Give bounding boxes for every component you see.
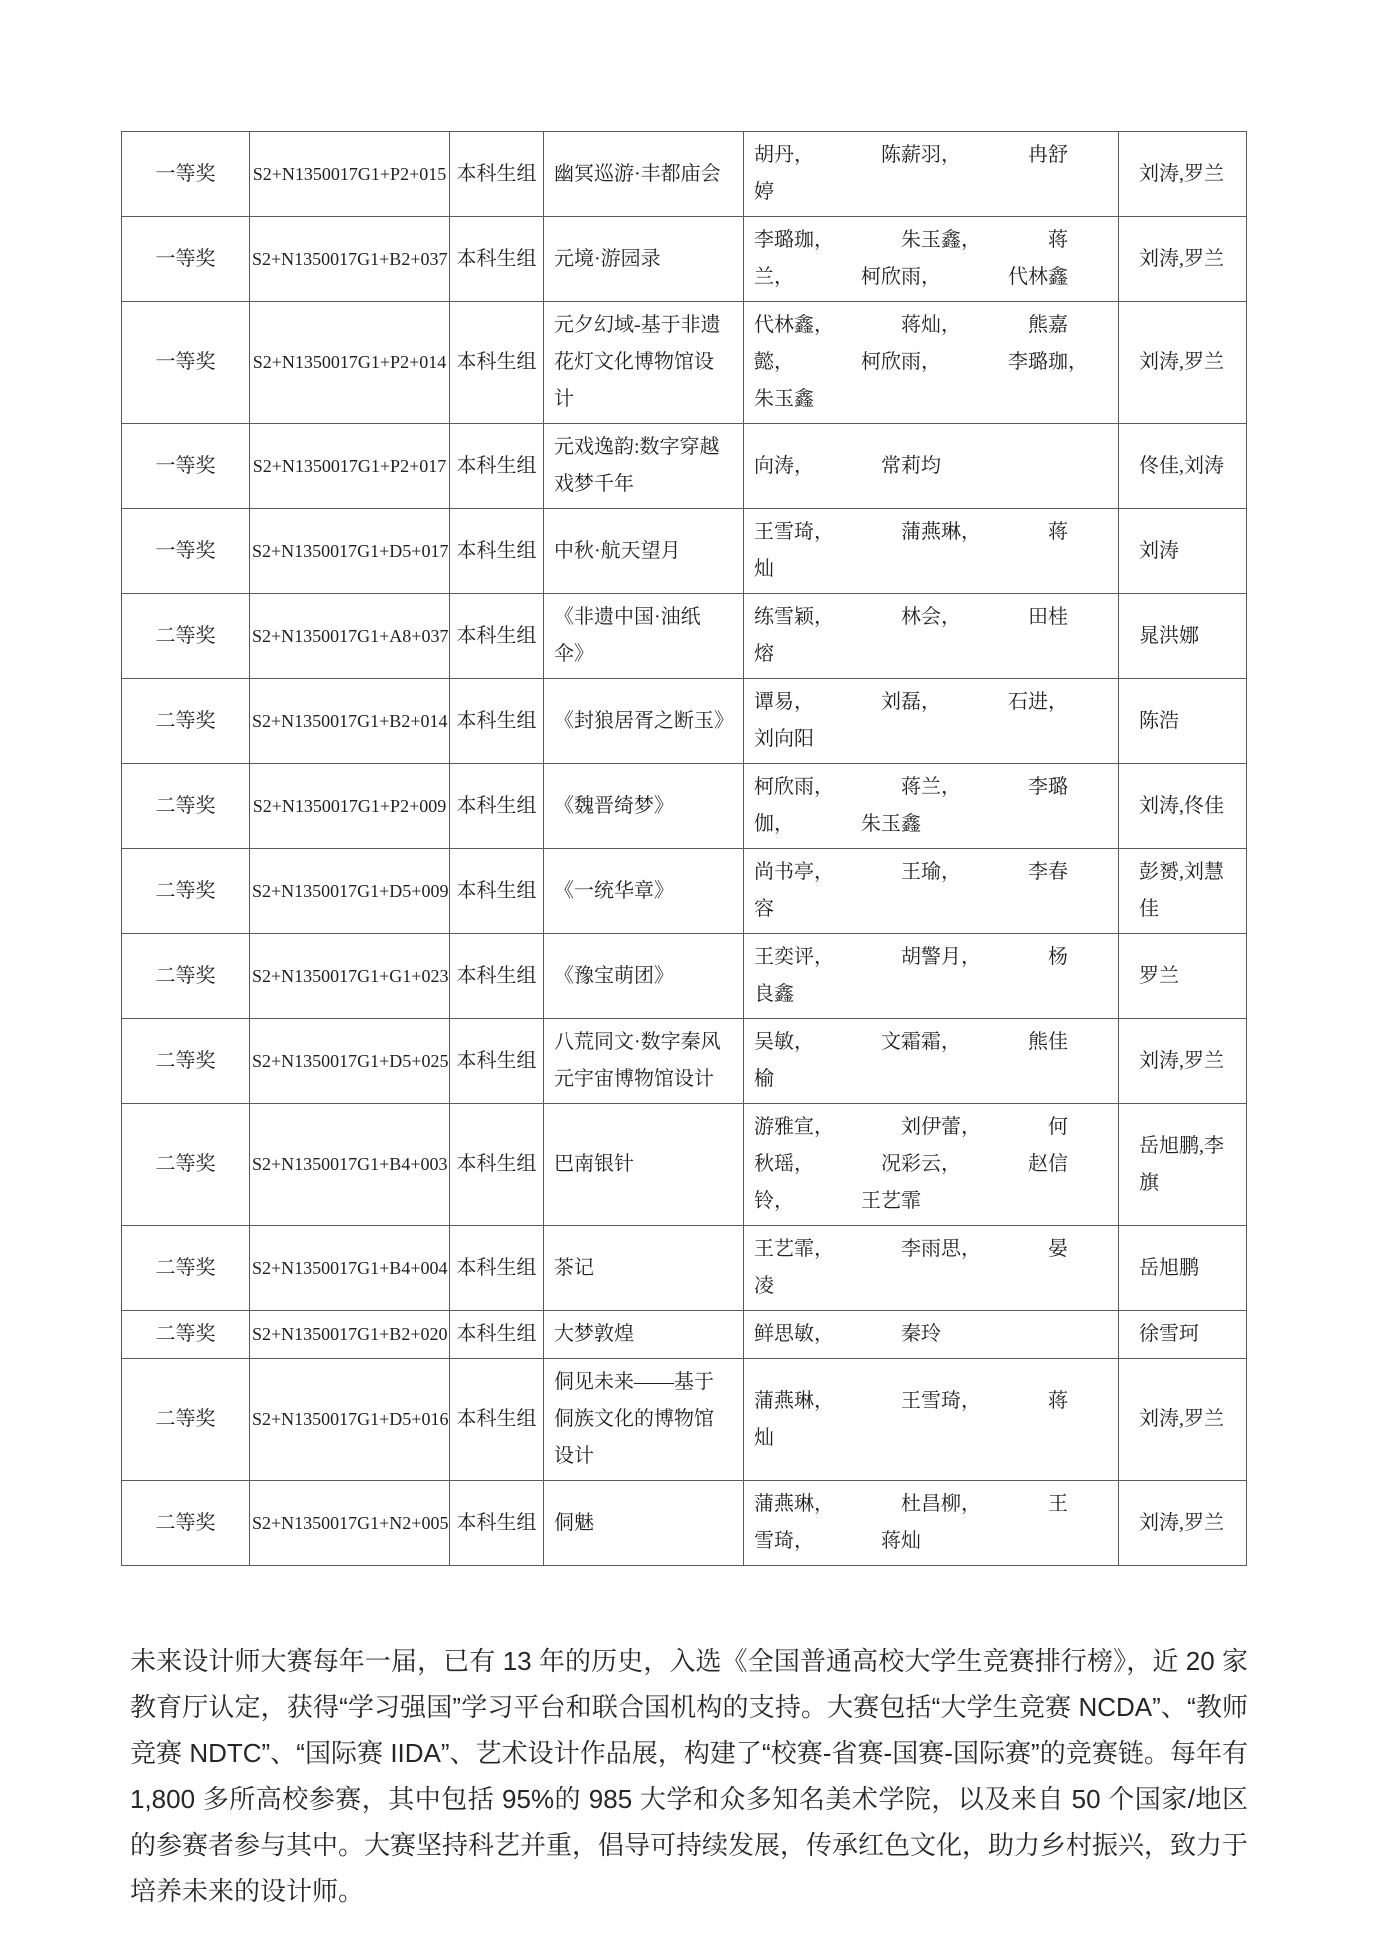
table-row: 二等奖S2+N1350017G1+P2+009本科生组《魏晋绮梦》柯欣雨， 蒋兰… — [122, 764, 1247, 849]
awards-table-body: 一等奖S2+N1350017G1+P2+015本科生组幽冥巡游·丰都庙会胡丹， … — [122, 132, 1247, 1566]
code-cell: S2+N1350017G1+A8+037 — [250, 594, 450, 679]
table-row: 二等奖S2+N1350017G1+D5+009本科生组《一统华章》尚书亭， 王瑜… — [122, 849, 1247, 934]
title-cell: 元戏逸韵:数字穿越 戏梦千年 — [544, 424, 744, 509]
title-cell: 幽冥巡游·丰都庙会 — [544, 132, 744, 217]
competition-description: 未来设计师大赛每年一届，已有 13 年的历史，入选《全国普通高校大学生竞赛排行榜… — [130, 1638, 1248, 1914]
award-cell: 二等奖 — [122, 934, 250, 1019]
advisors-cell: 彭赟,刘慧 佳 — [1119, 849, 1247, 934]
advisors-cell: 岳旭鹏 — [1119, 1226, 1247, 1311]
table-row: 二等奖S2+N1350017G1+B4+003本科生组巴南银针游雅宣， 刘伊蕾，… — [122, 1104, 1247, 1226]
title-cell: 八荒同文·数字秦风 元宇宙博物馆设计 — [544, 1019, 744, 1104]
code-cell: S2+N1350017G1+B4+004 — [250, 1226, 450, 1311]
table-row: 二等奖S2+N1350017G1+A8+037本科生组《非遗中国·油纸 伞》练雪… — [122, 594, 1247, 679]
award-cell: 一等奖 — [122, 509, 250, 594]
award-cell: 一等奖 — [122, 217, 250, 302]
title-cell: 《非遗中国·油纸 伞》 — [544, 594, 744, 679]
group-cell: 本科生组 — [450, 594, 544, 679]
group-cell: 本科生组 — [450, 934, 544, 1019]
advisors-cell: 罗兰 — [1119, 934, 1247, 1019]
award-cell: 二等奖 — [122, 1311, 250, 1359]
title-cell: 《一统华章》 — [544, 849, 744, 934]
code-cell: S2+N1350017G1+N2+005 — [250, 1481, 450, 1566]
advisors-cell: 晁洪娜 — [1119, 594, 1247, 679]
award-cell: 一等奖 — [122, 132, 250, 217]
code-cell: S2+N1350017G1+D5+025 — [250, 1019, 450, 1104]
group-cell: 本科生组 — [450, 1019, 544, 1104]
table-row: 一等奖S2+N1350017G1+P2+014本科生组元夕幻域-基于非遗 花灯文… — [122, 302, 1247, 424]
advisors-cell: 陈浩 — [1119, 679, 1247, 764]
group-cell: 本科生组 — [450, 849, 544, 934]
code-cell: S2+N1350017G1+P2+015 — [250, 132, 450, 217]
award-cell: 二等奖 — [122, 1019, 250, 1104]
table-row: 二等奖S2+N1350017G1+N2+005本科生组侗魅蒲燕琳， 杜昌柳， 王… — [122, 1481, 1247, 1566]
award-cell: 二等奖 — [122, 764, 250, 849]
group-cell: 本科生组 — [450, 764, 544, 849]
title-cell: 《魏晋绮梦》 — [544, 764, 744, 849]
code-cell: S2+N1350017G1+B4+003 — [250, 1104, 450, 1226]
advisors-cell: 刘涛,罗兰 — [1119, 302, 1247, 424]
title-cell: 大梦敦煌 — [544, 1311, 744, 1359]
title-cell: 《封狼居胥之断玉》 — [544, 679, 744, 764]
participants-cell: 谭易， 刘磊， 石进， 刘向阳 — [744, 679, 1119, 764]
participants-cell: 代林鑫， 蒋灿， 熊嘉 懿， 柯欣雨， 李璐珈， 朱玉鑫 — [744, 302, 1119, 424]
code-cell: S2+N1350017G1+B2+014 — [250, 679, 450, 764]
participants-cell: 鲜思敏， 秦玲 — [744, 1311, 1119, 1359]
award-cell: 二等奖 — [122, 1481, 250, 1566]
code-cell: S2+N1350017G1+D5+016 — [250, 1359, 450, 1481]
group-cell: 本科生组 — [450, 1226, 544, 1311]
advisors-cell: 刘涛,佟佳 — [1119, 764, 1247, 849]
participants-cell: 游雅宣， 刘伊蕾， 何 秋瑶， 况彩云， 赵信 铃， 王艺霏 — [744, 1104, 1119, 1226]
title-cell: 元境·游园录 — [544, 217, 744, 302]
participants-cell: 王雪琦， 蒲燕琳， 蒋 灿 — [744, 509, 1119, 594]
code-cell: S2+N1350017G1+P2+017 — [250, 424, 450, 509]
advisors-cell: 刘涛,罗兰 — [1119, 132, 1247, 217]
code-cell: S2+N1350017G1+D5+017 — [250, 509, 450, 594]
advisors-cell: 佟佳,刘涛 — [1119, 424, 1247, 509]
table-row: 一等奖S2+N1350017G1+P2+017本科生组元戏逸韵:数字穿越 戏梦千… — [122, 424, 1247, 509]
table-row: 一等奖S2+N1350017G1+P2+015本科生组幽冥巡游·丰都庙会胡丹， … — [122, 132, 1247, 217]
award-cell: 二等奖 — [122, 679, 250, 764]
award-cell: 一等奖 — [122, 302, 250, 424]
code-cell: S2+N1350017G1+D5+009 — [250, 849, 450, 934]
participants-cell: 吴敏， 文霜霜， 熊佳 榆 — [744, 1019, 1119, 1104]
table-row: 二等奖S2+N1350017G1+B4+004本科生组茶记王艺霏， 李雨思， 晏… — [122, 1226, 1247, 1311]
table-row: 一等奖S2+N1350017G1+D5+017本科生组中秋·航天望月王雪琦， 蒲… — [122, 509, 1247, 594]
title-cell: 茶记 — [544, 1226, 744, 1311]
participants-cell: 胡丹， 陈薪羽， 冉舒 婷 — [744, 132, 1119, 217]
group-cell: 本科生组 — [450, 1481, 544, 1566]
title-cell: 侗见未来——基于 侗族文化的博物馆 设计 — [544, 1359, 744, 1481]
code-cell: S2+N1350017G1+P2+014 — [250, 302, 450, 424]
group-cell: 本科生组 — [450, 1104, 544, 1226]
award-cell: 二等奖 — [122, 1104, 250, 1226]
code-cell: S2+N1350017G1+P2+009 — [250, 764, 450, 849]
title-cell: 元夕幻域-基于非遗 花灯文化博物馆设 计 — [544, 302, 744, 424]
award-cell: 一等奖 — [122, 424, 250, 509]
award-cell: 二等奖 — [122, 1359, 250, 1481]
table-row: 二等奖S2+N1350017G1+B2+014本科生组《封狼居胥之断玉》谭易， … — [122, 679, 1247, 764]
awards-table: 一等奖S2+N1350017G1+P2+015本科生组幽冥巡游·丰都庙会胡丹， … — [121, 131, 1247, 1566]
table-row: 二等奖S2+N1350017G1+D5+016本科生组侗见未来——基于 侗族文化… — [122, 1359, 1247, 1481]
title-cell: 巴南银针 — [544, 1104, 744, 1226]
participants-cell: 向涛， 常莉均 — [744, 424, 1119, 509]
group-cell: 本科生组 — [450, 132, 544, 217]
participants-cell: 李璐珈， 朱玉鑫， 蒋 兰， 柯欣雨， 代林鑫 — [744, 217, 1119, 302]
title-cell: 《豫宝萌团》 — [544, 934, 744, 1019]
advisors-cell: 岳旭鹏,李 旗 — [1119, 1104, 1247, 1226]
group-cell: 本科生组 — [450, 424, 544, 509]
table-row: 二等奖S2+N1350017G1+D5+025本科生组八荒同文·数字秦风 元宇宙… — [122, 1019, 1247, 1104]
title-cell: 侗魅 — [544, 1481, 744, 1566]
code-cell: S2+N1350017G1+G1+023 — [250, 934, 450, 1019]
table-row: 一等奖S2+N1350017G1+B2+037本科生组元境·游园录李璐珈， 朱玉… — [122, 217, 1247, 302]
advisors-cell: 徐雪珂 — [1119, 1311, 1247, 1359]
participants-cell: 柯欣雨， 蒋兰， 李璐 伽， 朱玉鑫 — [744, 764, 1119, 849]
advisors-cell: 刘涛 — [1119, 509, 1247, 594]
code-cell: S2+N1350017G1+B2+037 — [250, 217, 450, 302]
advisors-cell: 刘涛,罗兰 — [1119, 1019, 1247, 1104]
participants-cell: 王艺霏， 李雨思， 晏 凌 — [744, 1226, 1119, 1311]
award-cell: 二等奖 — [122, 1226, 250, 1311]
advisors-cell: 刘涛,罗兰 — [1119, 1359, 1247, 1481]
participants-cell: 尚书亭， 王瑜， 李春 容 — [744, 849, 1119, 934]
group-cell: 本科生组 — [450, 679, 544, 764]
group-cell: 本科生组 — [450, 509, 544, 594]
group-cell: 本科生组 — [450, 1359, 544, 1481]
advisors-cell: 刘涛,罗兰 — [1119, 1481, 1247, 1566]
title-cell: 中秋·航天望月 — [544, 509, 744, 594]
participants-cell: 蒲燕琳， 杜昌柳， 王 雪琦， 蒋灿 — [744, 1481, 1119, 1566]
advisors-cell: 刘涛,罗兰 — [1119, 217, 1247, 302]
participants-cell: 练雪颖， 林会， 田桂 熔 — [744, 594, 1119, 679]
award-cell: 二等奖 — [122, 849, 250, 934]
participants-cell: 王奕评， 胡警月， 杨 良鑫 — [744, 934, 1119, 1019]
code-cell: S2+N1350017G1+B2+020 — [250, 1311, 450, 1359]
group-cell: 本科生组 — [450, 1311, 544, 1359]
participants-cell: 蒲燕琳， 王雪琦， 蒋 灿 — [744, 1359, 1119, 1481]
group-cell: 本科生组 — [450, 217, 544, 302]
table-row: 二等奖S2+N1350017G1+B2+020本科生组大梦敦煌鲜思敏， 秦玲徐雪… — [122, 1311, 1247, 1359]
group-cell: 本科生组 — [450, 302, 544, 424]
table-row: 二等奖S2+N1350017G1+G1+023本科生组《豫宝萌团》王奕评， 胡警… — [122, 934, 1247, 1019]
award-cell: 二等奖 — [122, 594, 250, 679]
